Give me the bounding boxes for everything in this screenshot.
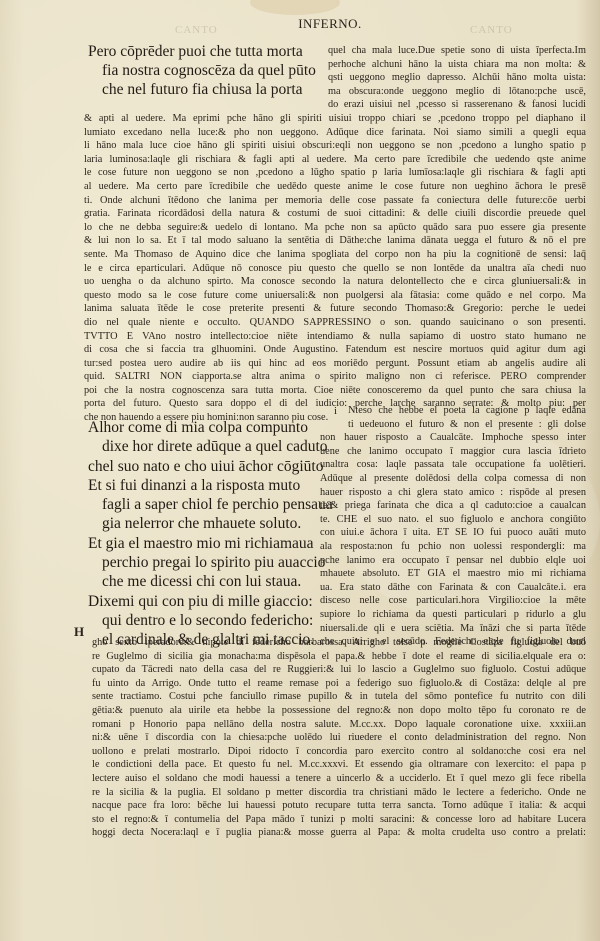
commentary-line: nacque pace fra loro: bēche lui hauessi … (92, 799, 586, 813)
verse-line: che me dicessi chi con lui staua. (88, 572, 333, 591)
commentary-line: uo uengha o da alchuno spirto. Ma conosc… (84, 275, 586, 289)
commentary-right-top: quel cha mala luce.Due spetie sono di ui… (328, 44, 586, 112)
commentary-right-middle: Nteso che hebbe el poeta la cagione p la… (320, 404, 586, 649)
commentary-line: fu uinto da Arrigo. Onde tutto el reame … (92, 677, 586, 691)
commentary-line: laria luminosa:laqle gli rischiara & fag… (84, 153, 586, 167)
verse-block-middle: Alhor come di mia colpa compunto dixe ho… (88, 418, 333, 650)
commentary-line: te. CHE el suo nato. el suo figluolo e a… (320, 513, 586, 527)
commentary-line: gho sexto iperadore:& nipote di federich… (92, 636, 586, 650)
verse-line: Et gia el maestro mio mi richiamaua (88, 534, 333, 553)
verse-line: Pero cōprēder puoi che tutta morta (88, 42, 316, 61)
commentary-line: sto el regno:& ī contumelia del Papa mād… (92, 813, 586, 827)
verse-line: dixe hor direte adūque a quel caduto (88, 437, 333, 456)
commentary-line: do erazi uisiui nel ,pcesso si rasserena… (328, 98, 586, 112)
commentary-line: qsti ueggono meglio dapresso. Alchūi hān… (328, 71, 586, 85)
commentary-line: romani p Honorio papa nellāno della nost… (92, 718, 586, 732)
commentary-line: ni:& uēne ī discordia con la chiesa:pche… (92, 731, 586, 745)
commentary-line: Nteso che hebbe el poeta la cagione p la… (320, 404, 586, 418)
commentary-line: lanima saluata ītēde le cose preterite p… (84, 302, 586, 316)
commentary-line: ala resposta:non fu pchio non uolessi re… (320, 540, 586, 554)
commentary-line: gratia. Farinata ricordādosi della natur… (84, 207, 586, 221)
marginal-letter: H (74, 624, 84, 640)
commentary-line: quid. SALTRI NON ciapporta.se altra anim… (84, 370, 586, 384)
commentary-line: unaltra cosa: laqle passata tale occupat… (320, 458, 586, 472)
commentary-line: gētia:& puenuto ala uirile eta hebbe la … (92, 704, 586, 718)
commentary-line: ti uedeuono el futuro & non el presente … (320, 418, 586, 432)
commentary-line: & apti al uedere. Ma eprimi pche hāno gl… (84, 112, 586, 126)
paper-stain (250, 0, 340, 15)
commentary-block-1: & apti al uedere. Ma eprimi pche hāno gl… (84, 112, 586, 425)
commentary-line: poi che la nostra cognoscenza sara tutta… (84, 384, 586, 398)
verse-line: fagli a saper chiol fe perchio pensaua (88, 495, 333, 514)
verse-tercet-top: Pero cōprēder puoi che tutta morta fia n… (88, 42, 316, 99)
commentary-line: tur:sed postea uero audire ab iis qui hi… (84, 357, 586, 371)
commentary-line: Adūque al presente dolēdosi della colpa … (320, 472, 586, 486)
commentary-line: hoggi decta Nocera:laql e ī puglia piana… (92, 826, 586, 840)
commentary-line: quel cha mala luce.Due spetie sono di ui… (328, 44, 586, 58)
commentary-line: pche lanimo era occupato ī pensar nel du… (320, 554, 586, 568)
commentary-line: ua. Era stato dāthe con Farinata & con C… (320, 581, 586, 595)
commentary-line: lumiato excedano nella luce:& pho non ue… (84, 126, 586, 140)
commentary-line: ti. Onde alchuni ītēdono che lanima per … (84, 194, 586, 208)
commentary-block-2: gho sexto iperadore:& nipote di federich… (92, 636, 586, 840)
commentary-line: perhoche alchuni hāno la uista chiara ma… (328, 58, 586, 72)
commentary-line: uene che lanimo occupato ī maggior cura … (320, 445, 586, 459)
commentary-line: cupato da Tācredi nato della casa del re… (92, 663, 586, 677)
commentary-line: lo che ne debba seguire:& uedelo di lont… (84, 221, 586, 235)
commentary-line: sente tractiamo. Costui pche fanciullo r… (92, 690, 586, 704)
commentary-line: li hāno mala luce cioe hāno gli spiriti … (84, 139, 586, 153)
commentary-line: con uiui.e āchora ī uita. ET SE IO fui p… (320, 526, 586, 540)
verse-line: perchio pregai lo spirito piu auaccio (88, 553, 333, 572)
commentary-line: al uedere. Ma certo pare īcredibile che … (84, 180, 586, 194)
commentary-line: supiore lo richiama da questi particular… (320, 608, 586, 622)
verse-line: fia nostra cognoscēza da quel pūto (88, 61, 316, 80)
running-head: INFERNO. (0, 16, 600, 32)
verse-line: qui dentro e lo secondo federicho: (88, 611, 333, 630)
commentary-line: ma obscura:onde ueggono meglio di lōtano… (328, 85, 586, 99)
verse-line: che nel futuro fia chiusa la porta (88, 80, 316, 99)
commentary-line: & lui non lo sa. Et ī tal modo saluano l… (84, 234, 586, 248)
commentary-line: uollono e prelati mostrarlo. Dipoi ridoc… (92, 745, 586, 759)
commentary-line: le condictioni della pace. Et questo fu … (92, 758, 586, 772)
commentary-line: disceso nelle cose particulari.hora Virg… (320, 594, 586, 608)
commentary-line: TVTTO E VAno nostro intellecto:cioe niēt… (84, 330, 586, 344)
commentary-line: re la sicilia & la puglia. El soldano p … (92, 786, 586, 800)
commentary-line: le e circa eparticulari. Adūque nō conos… (84, 262, 586, 276)
commentary-line: di cosa che si faccia tra glhuomini. Ond… (84, 343, 586, 357)
commentary-line: mhauete absoluto. ET GIA el maestro mio … (320, 567, 586, 581)
commentary-line: questo modo sa le cose future come uniue… (84, 289, 586, 303)
verse-line: gia nelerror che mhauete soluto. (88, 514, 333, 533)
commentary-line: sente. Ma Thomaso de Aquino dice che lan… (84, 248, 586, 262)
commentary-line: te:& priega farinata che dica a ql cadut… (320, 499, 586, 513)
commentary-line: non hauer risposto a Caualcāte. Imphoche… (320, 431, 586, 445)
commentary-line: re Guglelmo di sicilia gia monacha:ma di… (92, 650, 586, 664)
verse-line: Dixemi qui con piu di mille giaccio: (88, 592, 333, 611)
commentary-line: dio nel quale niente e occulto. QUANDO S… (84, 316, 586, 330)
commentary-line: lectere auiso el soldano che modi hauess… (92, 772, 586, 786)
book-page: CANTO CANTO INFERNO. Pero cōprēder puoi … (0, 0, 600, 941)
verse-line: Alhor come di mia colpa compunto (88, 418, 333, 437)
commentary-line: le cose future non ueggono se non ,pcedo… (84, 166, 586, 180)
verse-line: chel suo nato e cho uiui āchor cōgiūto (88, 457, 333, 476)
commentary-line: hauer risposto a chi glera stato amico :… (320, 486, 586, 500)
commentary-line: niuersali.de qli e uera sciētia. Ma īnāz… (320, 622, 586, 636)
verse-line: Et si fui dinanzi a la risposta muto (88, 476, 333, 495)
